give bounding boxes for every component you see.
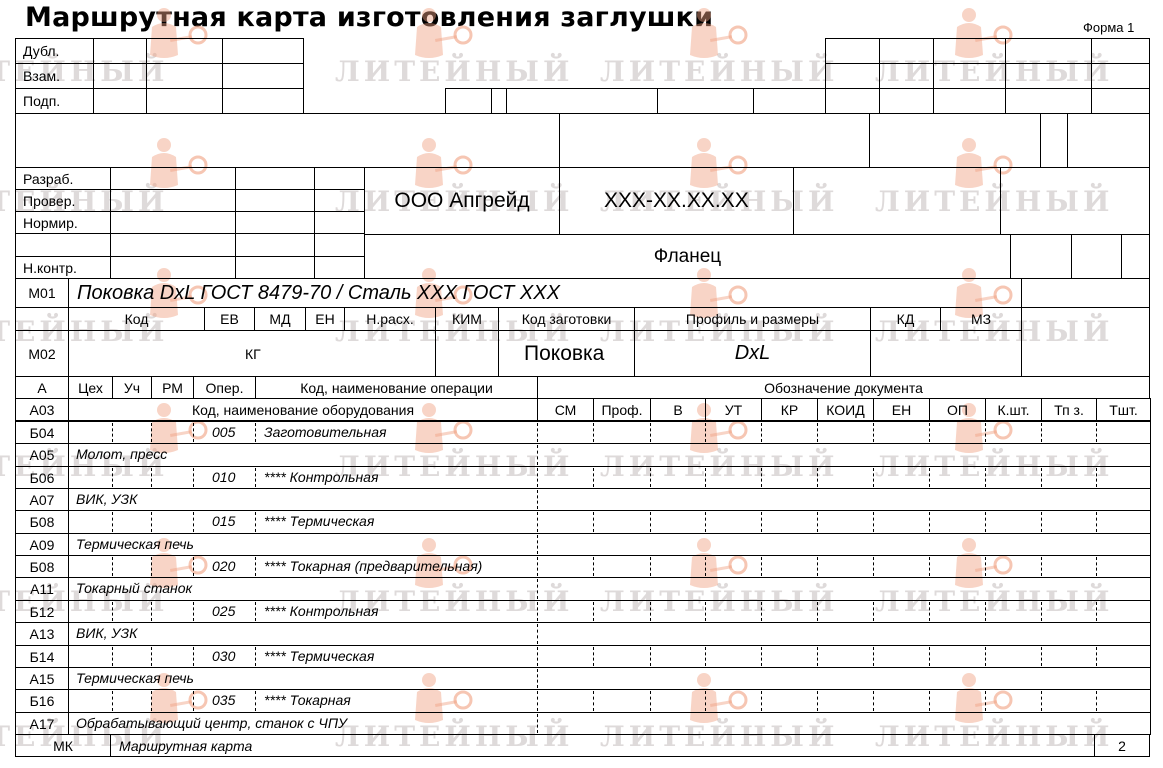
operation-name: **** Термическая xyxy=(264,648,374,664)
dash-divider xyxy=(1096,468,1097,487)
right-cell-1-2[interactable] xyxy=(879,38,934,64)
m02-blank-code: Поковка xyxy=(498,330,635,377)
operation-row-frame xyxy=(15,488,1151,511)
podp-cell-1[interactable] xyxy=(93,88,147,114)
foundry-worker-icon xyxy=(405,5,475,69)
dash-divider xyxy=(593,423,594,442)
doc-col-header: КОИД xyxy=(817,398,874,421)
equipment-name: Обрабатывающий центр, станок с ЧПУ xyxy=(76,715,347,731)
page-number: 2 xyxy=(1094,734,1150,757)
document-title: Маршрутная карта изготовления заглушки xyxy=(25,2,713,33)
doc-col-header: Тшт. xyxy=(1096,398,1151,421)
dash-divider xyxy=(705,647,706,666)
col-mz: МЗ xyxy=(940,307,1022,331)
hdr-ceh: Цех xyxy=(68,376,113,399)
dash-divider xyxy=(593,602,594,621)
operation-number: 035 xyxy=(212,692,235,708)
dash-divider xyxy=(1041,647,1042,666)
dash-divider xyxy=(761,602,762,621)
dash-divider xyxy=(929,512,930,532)
dash-divider xyxy=(873,691,874,711)
right-cell-2-2[interactable] xyxy=(879,63,934,89)
operation-row-code: Б04 xyxy=(15,421,69,444)
dash-divider xyxy=(537,445,538,465)
dash-divider xyxy=(705,602,706,621)
col-en: ЕН xyxy=(305,307,345,331)
operation-number: 030 xyxy=(212,648,235,664)
right-cell-1-3[interactable] xyxy=(933,38,1006,64)
dash-divider xyxy=(593,557,594,576)
dash-divider xyxy=(929,691,930,711)
podp-cell-3[interactable] xyxy=(222,88,304,114)
empty-name[interactable] xyxy=(110,233,236,257)
dash-divider xyxy=(193,557,194,576)
part-name: Фланец xyxy=(364,234,1011,279)
right-cell-2-5[interactable] xyxy=(1091,63,1150,89)
doc-col-header: КР xyxy=(761,398,818,421)
col-kim: КИМ xyxy=(435,307,499,331)
operation-row-code: Б08 xyxy=(15,555,69,578)
normir-date[interactable] xyxy=(314,211,365,234)
dash-divider xyxy=(151,512,152,532)
dash-divider xyxy=(1096,557,1097,576)
dash-divider xyxy=(537,669,538,688)
dash-divider xyxy=(255,468,256,487)
nkontr-sign[interactable] xyxy=(235,256,315,279)
operation-row-code: А09 xyxy=(15,533,69,556)
dash-divider xyxy=(873,647,874,666)
operation-row-frame xyxy=(15,600,1151,623)
dash-divider xyxy=(151,468,152,487)
dash-divider xyxy=(705,468,706,487)
normir-sign[interactable] xyxy=(235,211,315,234)
dash-divider xyxy=(1096,647,1097,666)
right-cell-2-3[interactable] xyxy=(933,63,1006,89)
col-md: МД xyxy=(254,307,306,331)
operation-number: 020 xyxy=(212,558,235,574)
dash-divider xyxy=(151,602,152,621)
hdr-operation-name: Код, наименование операции xyxy=(255,376,538,399)
part-field-2[interactable] xyxy=(1071,234,1122,279)
hdr-document: Обозначение документа xyxy=(537,376,1150,399)
doc-extra-field-2[interactable] xyxy=(1000,167,1150,235)
operation-row-frame xyxy=(15,622,1151,646)
dash-divider xyxy=(929,557,930,576)
m01-extra[interactable] xyxy=(1021,278,1150,308)
dash-divider xyxy=(985,557,986,576)
dash-divider xyxy=(761,557,762,576)
dash-divider xyxy=(193,691,194,711)
nkontr-name[interactable] xyxy=(110,256,236,279)
blank-field-2[interactable] xyxy=(559,113,870,168)
dash-divider xyxy=(112,602,113,621)
equipment-name: Термическая печь xyxy=(76,670,194,686)
razrab-sign[interactable] xyxy=(235,167,315,190)
dash-divider xyxy=(537,602,538,621)
dash-divider xyxy=(537,423,538,442)
dash-divider xyxy=(537,468,538,487)
dash-divider xyxy=(705,512,706,532)
dash-divider xyxy=(817,602,818,621)
col-kd: КД xyxy=(870,307,941,331)
operation-row-frame xyxy=(15,510,1151,534)
right-cell-1-4[interactable] xyxy=(1005,38,1092,64)
doc-col-header: В xyxy=(650,398,706,421)
dash-divider xyxy=(112,423,113,442)
dash-divider xyxy=(112,647,113,666)
top-cell-e[interactable] xyxy=(753,88,826,114)
dash-divider xyxy=(650,602,651,621)
dash-divider xyxy=(1041,691,1042,711)
dash-divider xyxy=(1041,468,1042,487)
right-cell-1-5[interactable] xyxy=(1091,38,1150,64)
m01-material: Поковка DxL ГОСТ 8479-70 / Сталь XXX ГОС… xyxy=(68,278,1022,308)
empty-sign[interactable] xyxy=(235,233,315,257)
operation-name: Заготовительная xyxy=(264,424,387,440)
dash-divider xyxy=(151,423,152,442)
dash-divider xyxy=(193,647,194,666)
dash-divider xyxy=(873,512,874,532)
m02-unit: КГ xyxy=(68,330,436,377)
razrab-date[interactable] xyxy=(314,167,365,190)
dash-divider xyxy=(650,557,651,576)
dash-divider xyxy=(193,468,194,487)
dash-divider xyxy=(537,535,538,554)
dash-divider xyxy=(255,602,256,621)
operation-row-code: А17 xyxy=(15,712,69,735)
dash-divider xyxy=(705,423,706,442)
dash-divider xyxy=(1096,602,1097,621)
dash-divider xyxy=(1041,423,1042,442)
hdr-a03: А03 xyxy=(15,398,69,421)
dash-divider xyxy=(817,647,818,666)
form-label: Форма 1 xyxy=(1083,20,1134,35)
col-profile: Профиль и размеры xyxy=(634,307,871,331)
top-cell-c[interactable] xyxy=(506,88,658,114)
right-cell-3-3[interactable] xyxy=(933,88,1006,114)
dash-divider xyxy=(255,423,256,442)
dash-divider xyxy=(650,691,651,711)
top-cell-a[interactable] xyxy=(445,88,492,114)
doc-col-header: ОП xyxy=(929,398,986,421)
hdr-uch: Уч xyxy=(112,376,152,399)
operation-row-code: А11 xyxy=(15,577,69,601)
operation-name: **** Токарная xyxy=(264,692,351,708)
operation-row-frame xyxy=(15,421,1151,444)
dash-divider xyxy=(985,691,986,711)
operation-name: **** Токарная (предварительная) xyxy=(264,558,482,574)
dash-divider xyxy=(1096,423,1097,442)
dash-divider xyxy=(817,468,818,487)
dash-divider xyxy=(761,647,762,666)
right-cell-3-2[interactable] xyxy=(879,88,934,114)
dash-divider xyxy=(537,714,538,733)
organization-name: ООО Апгрейд xyxy=(364,167,560,235)
dash-divider xyxy=(650,423,651,442)
operation-row-code: А05 xyxy=(15,443,69,467)
dash-divider xyxy=(593,512,594,532)
dash-divider xyxy=(112,557,113,576)
dash-divider xyxy=(112,468,113,487)
label-razrab: Разраб. xyxy=(15,167,111,190)
operation-row-frame xyxy=(15,689,1151,713)
dash-divider xyxy=(929,647,930,666)
operation-row-frame xyxy=(15,555,1151,578)
vzam-cell-1[interactable] xyxy=(93,63,147,89)
hdr-rm: РМ xyxy=(151,376,194,399)
dash-divider xyxy=(1041,602,1042,621)
col-blank-code: Код заготовки xyxy=(498,307,635,331)
dash-divider xyxy=(193,602,194,621)
operation-number: 015 xyxy=(212,513,235,529)
operation-number: 010 xyxy=(212,469,235,485)
prover-sign[interactable] xyxy=(235,189,315,212)
operation-row-code: Б12 xyxy=(15,600,69,623)
nkontr-date[interactable] xyxy=(314,256,365,279)
label-normir: Нормир. xyxy=(15,211,111,234)
dash-divider xyxy=(255,557,256,576)
operation-number: 025 xyxy=(212,603,235,619)
dash-divider xyxy=(112,512,113,532)
doc-col-header: ЕН xyxy=(873,398,930,421)
dash-divider xyxy=(873,423,874,442)
dash-divider xyxy=(929,423,930,442)
operation-row-code: Б16 xyxy=(15,689,69,713)
dash-divider xyxy=(650,468,651,487)
dash-divider xyxy=(151,647,152,666)
operation-row-code: А15 xyxy=(15,667,69,690)
dash-divider xyxy=(873,468,874,487)
right-cell-2-1[interactable] xyxy=(825,63,880,89)
dash-divider xyxy=(151,691,152,711)
dash-divider xyxy=(985,423,986,442)
m02-kd-mz[interactable] xyxy=(870,330,1022,377)
equipment-name: Термическая печь xyxy=(76,536,194,552)
m02-profile: DxL xyxy=(634,330,871,377)
operation-row-frame xyxy=(15,645,1151,668)
equipment-name: ВИК, УЗК xyxy=(76,491,137,507)
part-field-1[interactable] xyxy=(1010,234,1072,279)
dash-divider xyxy=(1041,557,1042,576)
foundry-worker-icon xyxy=(680,5,750,69)
m01-code: М01 xyxy=(15,278,69,308)
right-cell-2-4[interactable] xyxy=(1005,63,1092,89)
col-kod: Код xyxy=(68,307,205,331)
hdr-a: А xyxy=(15,376,69,399)
vzam-cell-2[interactable] xyxy=(146,63,223,89)
label-dubl: Дубл. xyxy=(15,38,94,64)
dash-divider xyxy=(193,423,194,442)
prover-date[interactable] xyxy=(314,189,365,212)
operation-row-frame xyxy=(15,466,1151,489)
vzam-cell-3[interactable] xyxy=(222,63,304,89)
dash-divider xyxy=(761,691,762,711)
footer-label: Маршрутная карта xyxy=(110,734,1095,757)
blank-field-1[interactable] xyxy=(15,113,560,168)
doc-col-header: УТ xyxy=(705,398,762,421)
dash-divider xyxy=(537,691,538,711)
hdr-equipment: Код, наименование оборудования xyxy=(68,398,538,421)
dash-divider xyxy=(929,602,930,621)
material-extra[interactable] xyxy=(1021,307,1150,377)
dash-divider xyxy=(873,602,874,621)
operation-row-code: А07 xyxy=(15,488,69,511)
doc-col-header: Тп з. xyxy=(1041,398,1097,421)
dash-divider xyxy=(112,691,113,711)
dash-divider xyxy=(817,557,818,576)
dash-divider xyxy=(593,468,594,487)
dash-divider xyxy=(1096,691,1097,711)
right-cell-3-1[interactable] xyxy=(825,88,880,114)
dash-divider xyxy=(650,647,651,666)
dubl-cell-2[interactable] xyxy=(146,38,223,64)
part-field-3[interactable] xyxy=(1121,234,1150,279)
doc-extra-field-1[interactable] xyxy=(793,167,1001,235)
dash-divider xyxy=(151,557,152,576)
doc-col-header: СМ xyxy=(537,398,594,421)
normir-name[interactable] xyxy=(110,211,236,234)
dash-divider xyxy=(929,468,930,487)
dash-divider xyxy=(761,423,762,442)
dash-divider xyxy=(593,691,594,711)
dash-divider xyxy=(537,579,538,599)
dash-divider xyxy=(873,557,874,576)
doc-col-header: Проф. xyxy=(593,398,651,421)
dash-divider xyxy=(985,468,986,487)
operation-row-code: Б06 xyxy=(15,466,69,489)
right-cell-3-4[interactable] xyxy=(1005,88,1092,114)
podp-cell-2[interactable] xyxy=(146,88,223,114)
dash-divider xyxy=(1041,512,1042,532)
label-empty xyxy=(15,233,111,257)
dash-divider xyxy=(537,624,538,644)
dash-divider xyxy=(193,512,194,532)
dash-divider xyxy=(255,512,256,532)
operation-name: **** Контрольная xyxy=(264,469,378,485)
label-prover: Провер. xyxy=(15,189,111,212)
footer-code: МК xyxy=(15,734,111,757)
dash-divider xyxy=(705,691,706,711)
top-cell-b[interactable] xyxy=(491,88,507,114)
top-cell-d[interactable] xyxy=(657,88,754,114)
dash-divider xyxy=(255,647,256,666)
dash-divider xyxy=(985,647,986,666)
col-nrasx: Н.расх. xyxy=(344,307,436,331)
equipment-name: Токарный станок xyxy=(76,580,192,596)
right-cell-1-1[interactable] xyxy=(825,38,880,64)
equipment-name: ВИК, УЗК xyxy=(76,625,137,641)
operation-number: 005 xyxy=(212,424,235,440)
blank-field-5[interactable] xyxy=(1067,113,1150,168)
label-podp: Подп. xyxy=(15,88,94,114)
dash-divider xyxy=(985,512,986,532)
operation-row-code: Б08 xyxy=(15,510,69,534)
razrab-name[interactable] xyxy=(110,167,236,190)
dash-divider xyxy=(537,557,538,576)
document-number: XXX-XX.XX.XX xyxy=(559,167,794,235)
dash-divider xyxy=(761,512,762,532)
empty-date[interactable] xyxy=(314,233,365,257)
dash-divider xyxy=(705,557,706,576)
operation-row-frame xyxy=(15,443,1151,467)
dash-divider xyxy=(537,647,538,666)
col-ev: ЕВ xyxy=(204,307,255,331)
dash-divider xyxy=(817,691,818,711)
material-header-empty xyxy=(15,307,69,331)
operation-name: **** Контрольная xyxy=(264,603,378,619)
blank-field-4[interactable] xyxy=(1040,113,1068,168)
right-cell-3-5[interactable] xyxy=(1091,88,1150,114)
blank-field-3[interactable] xyxy=(869,113,1041,168)
operation-row-code: А13 xyxy=(15,622,69,646)
dash-divider xyxy=(817,512,818,532)
dash-divider xyxy=(817,423,818,442)
label-nkontr: Н.контр. xyxy=(15,256,111,279)
dash-divider xyxy=(985,602,986,621)
prover-name[interactable] xyxy=(110,189,236,212)
dash-divider xyxy=(537,512,538,532)
dash-divider xyxy=(537,490,538,509)
m02-code: М02 xyxy=(15,330,69,377)
dash-divider xyxy=(650,512,651,532)
operation-name: **** Термическая xyxy=(264,513,374,529)
dash-divider xyxy=(255,691,256,711)
hdr-oper: Опер. xyxy=(193,376,256,399)
dash-divider xyxy=(1096,512,1097,532)
doc-col-header: К.шт. xyxy=(985,398,1042,421)
dash-divider xyxy=(761,468,762,487)
m02-kim[interactable] xyxy=(435,330,499,377)
label-vzam: Взам. xyxy=(15,63,94,89)
dash-divider xyxy=(593,647,594,666)
dubl-cell-1[interactable] xyxy=(93,38,147,64)
dubl-cell-3[interactable] xyxy=(222,38,304,64)
equipment-name: Молот, пресс xyxy=(76,446,167,462)
operation-row-code: Б14 xyxy=(15,645,69,668)
